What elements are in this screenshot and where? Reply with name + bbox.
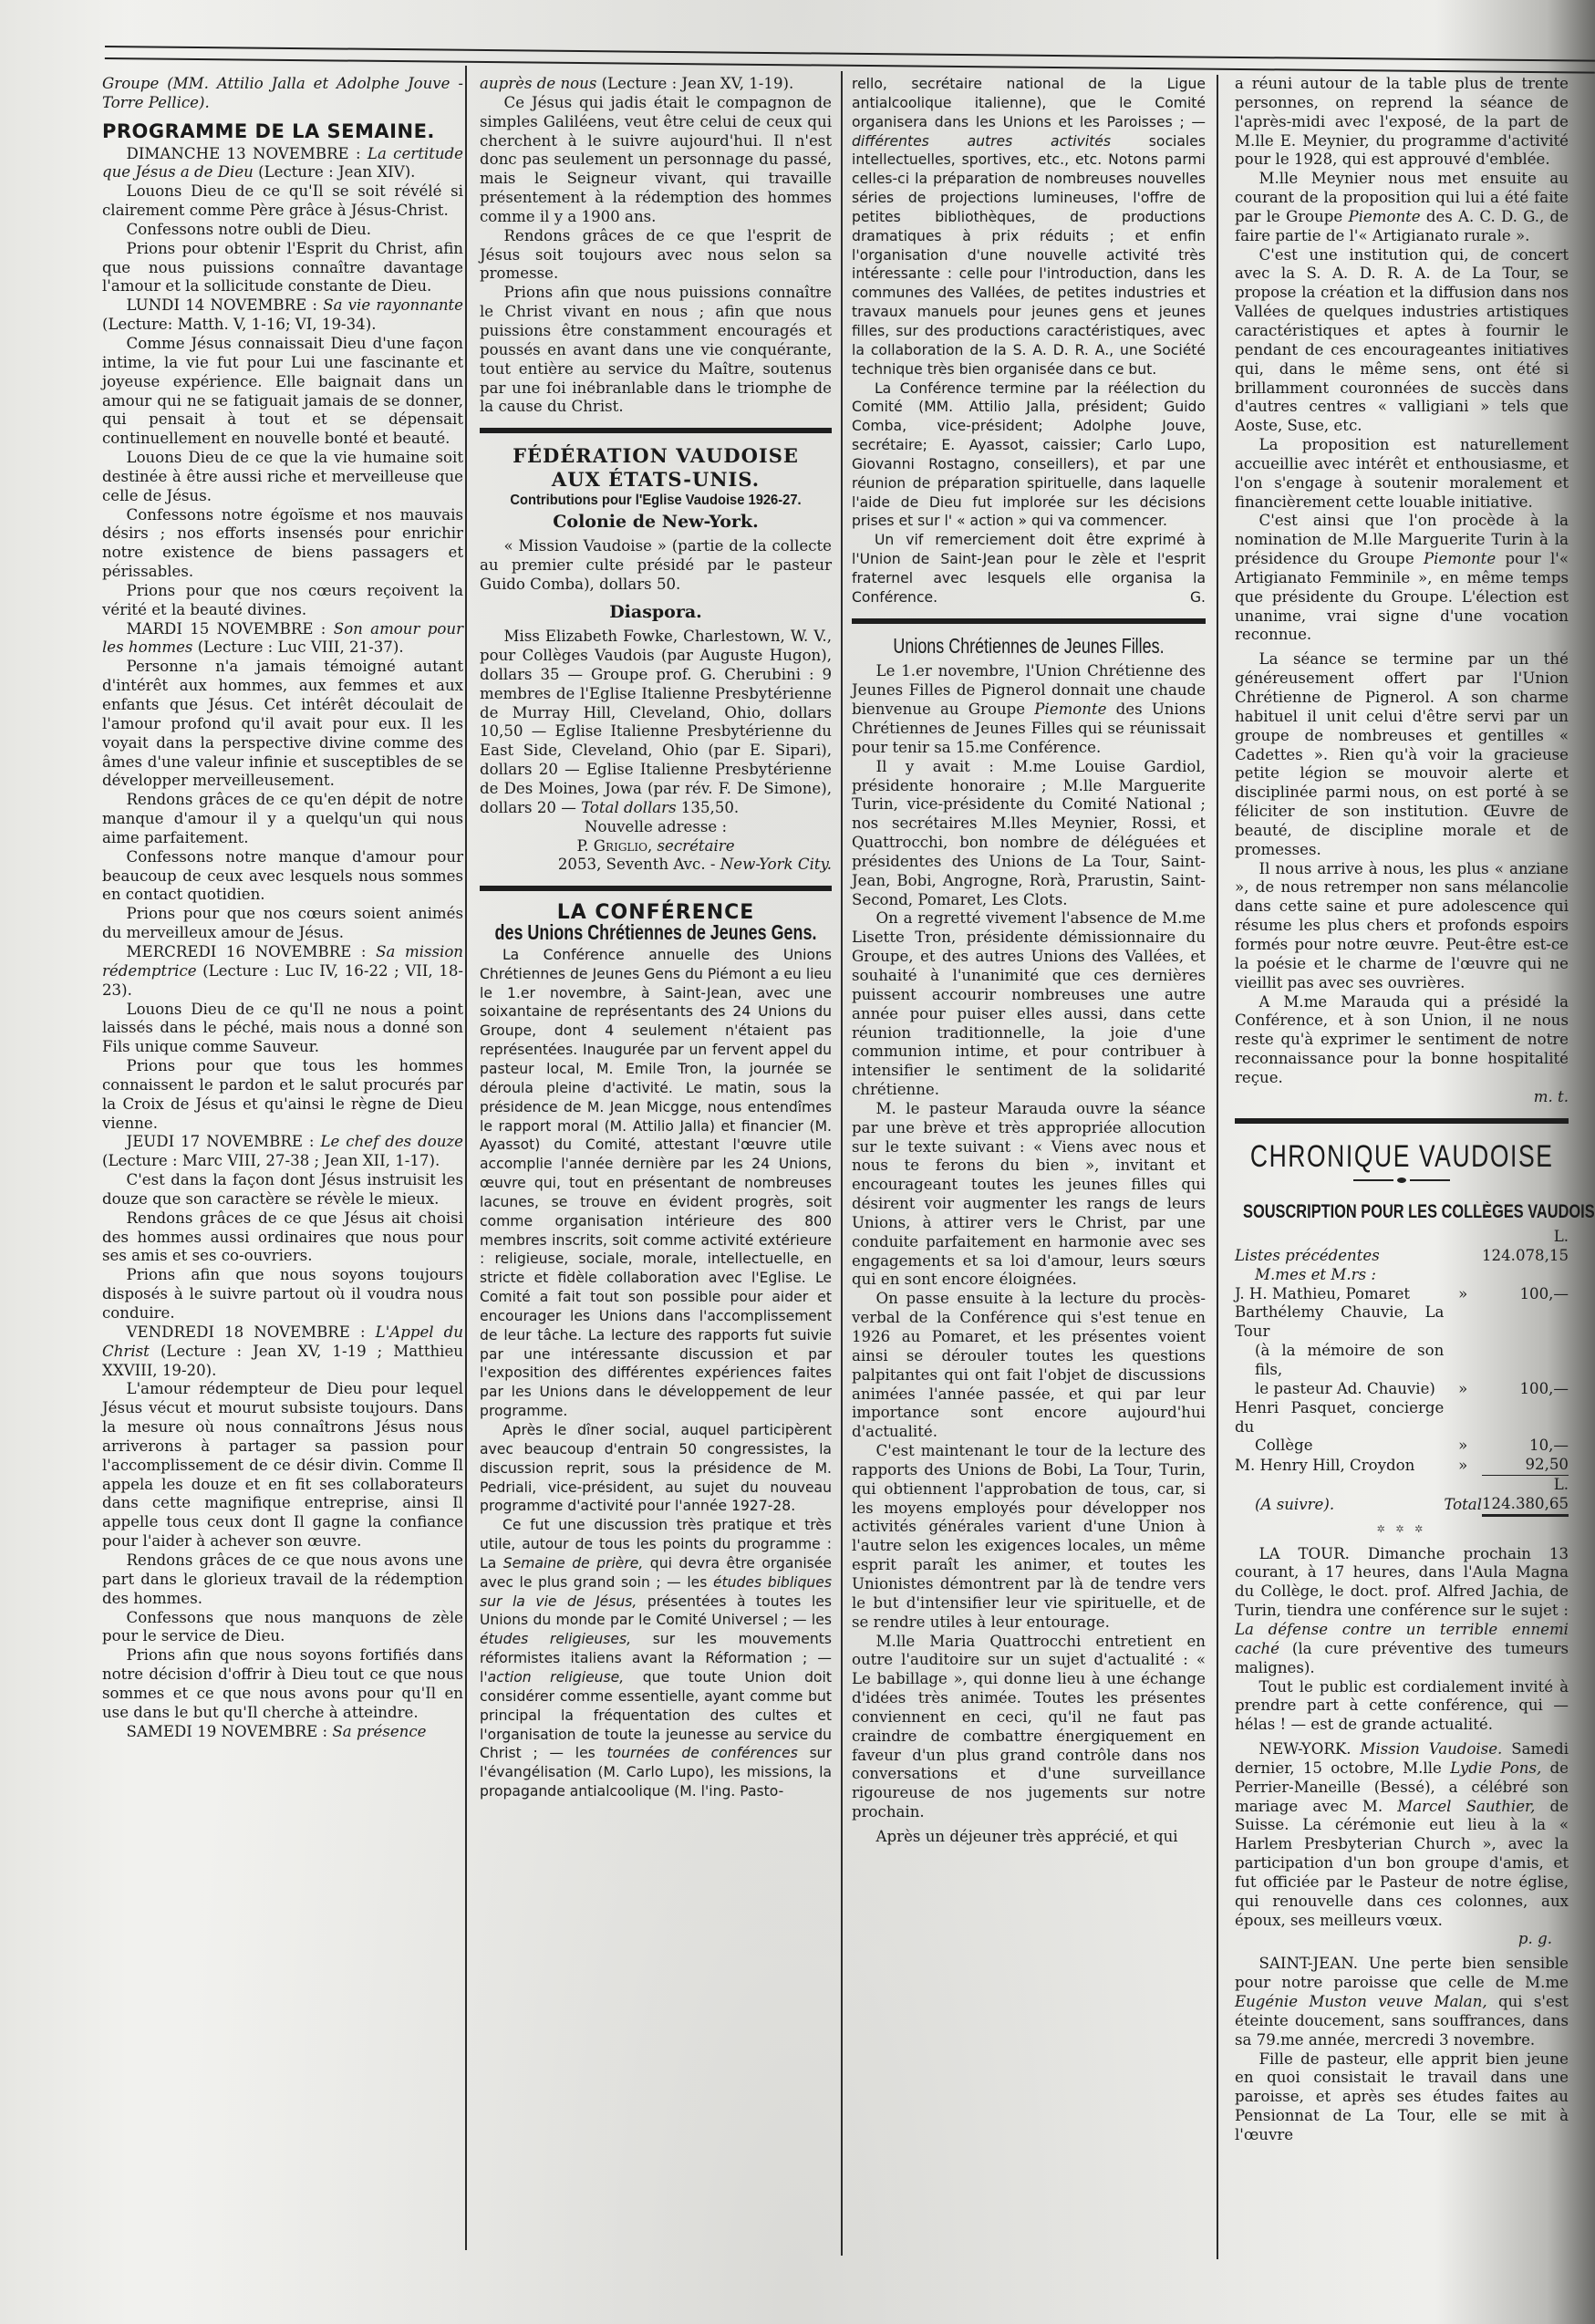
- day-heading: SAMEDI 19 NOVEMBRE : Sa présence: [102, 1723, 463, 1742]
- column-1: Groupe (MM. Attilio Jalla et Adolphe Jou…: [102, 75, 463, 1741]
- paragraph: Fille de pasteur, elle apprit bien jeune…: [1235, 2050, 1569, 2145]
- paragraph: Comme Jésus connaissait Dieu d'une façon…: [102, 335, 463, 449]
- paragraph: Confessons notre manque d'amour pour bea…: [102, 848, 463, 906]
- paragraph: Personne n'a jamais témoigné autant d'in…: [102, 658, 463, 791]
- paragraph: Le 1.er novembre, l'Union Chrétienne des…: [852, 662, 1206, 757]
- paragraph: Confessons que nous manquons de zèle pou…: [102, 1609, 463, 1647]
- paragraph: C'est maintenant le tour de la lecture d…: [852, 1442, 1206, 1632]
- paragraph: Après le dîner social, auquel participèr…: [480, 1421, 832, 1516]
- federation-subtitle: Contributions pour l'Eglise Vaudoise 192…: [493, 492, 817, 511]
- paragraph: Prions afin que nous puissions connaître…: [480, 284, 832, 417]
- souscription-table: Listes précédentesL. 124.078,15 M.mes et…: [1235, 1228, 1569, 1517]
- paragraph: Louons Dieu de ce qu'Il se soit révélé s…: [102, 182, 463, 221]
- paragraph: M. le pasteur Marauda ouvre la séance pa…: [852, 1100, 1206, 1290]
- column-2: auprès de nous (Lecture : Jean XV, 1-19)…: [480, 75, 832, 1801]
- table-row: J. H. Mathieu, Pomaret»100,—: [1235, 1285, 1569, 1304]
- paragraph: Il nous arrive à nous, les plus « anzian…: [1235, 860, 1569, 993]
- day-heading-continued: auprès de nous (Lecture : Jean XV, 1-19)…: [480, 75, 832, 94]
- star-separator: ✲ ✲ ✲: [1235, 1520, 1569, 1540]
- paragraph: Prions pour que tous les hommes connaiss…: [102, 1057, 463, 1133]
- signature: p. g.: [1235, 1930, 1569, 1949]
- section-title-colonie: Colonie de New-York.: [480, 513, 832, 532]
- paragraph: Rendons grâces de ce que Jésus ait chois…: [102, 1209, 463, 1267]
- column-4: a réuni autour de la table plus de trent…: [1235, 75, 1569, 2145]
- paragraph: La Conférence termine par la réélection …: [852, 379, 1206, 532]
- address-name: P. Griglio, secrétaire: [480, 837, 832, 856]
- paragraph: C'est dans la façon dont Jésus instruisi…: [102, 1171, 463, 1209]
- paragraph: La séance se termine par un thé généreus…: [1235, 650, 1569, 859]
- paragraph: Prions afin que nous soyons fortifiés da…: [102, 1646, 463, 1722]
- paragraph: Ce fut une discussion très pratique et t…: [480, 1516, 832, 1801]
- address-label: Nouvelle adresse :: [480, 818, 832, 837]
- paragraph: On passe ensuite à la lecture du procès-…: [852, 1290, 1206, 1442]
- address-street: 2053, Seventh Avc. - New-York City.: [480, 856, 832, 875]
- programme-title: PROGRAMME DE LA SEMAINE.: [102, 122, 463, 141]
- ornament-divider: [1235, 1171, 1569, 1190]
- column-divider-1: [465, 66, 467, 2250]
- chronique-title: CHRONIQUE VAUDOISE: [1250, 1147, 1553, 1167]
- ucjf-title: Unions Chrétiennes de Jeunes Filles.: [862, 637, 1195, 656]
- signature: G.: [1167, 588, 1206, 607]
- day-heading: LUNDI 14 NOVEMBRE : Sa vie rayonnante (L…: [102, 296, 463, 335]
- paragraph: « Mission Vaudoise » (partie de la colle…: [480, 537, 832, 595]
- paragraph: Confessons notre égoïsme et nos mauvais …: [102, 506, 463, 582]
- paragraph: Confessons notre oubli de Dieu.: [102, 221, 463, 240]
- day-heading: JEUDI 17 NOVEMBRE : Le chef des douze (L…: [102, 1133, 463, 1171]
- paragraph: M.lle Maria Quattrocchi entretient en ou…: [852, 1633, 1206, 1822]
- paragraph-new-york: NEW-YORK. Mission Vaudoise. Samedi derni…: [1235, 1740, 1569, 1930]
- paragraph: On a regretté vivement l'absence de M.me…: [852, 909, 1206, 1099]
- conference-subtitle: des Unions Chrétiennes de Jeunes Gens.: [490, 923, 821, 942]
- paragraph: Prions afin que nous soyons toujours dis…: [102, 1266, 463, 1323]
- paragraph: Prions pour que nos cœurs soient animés …: [102, 905, 463, 943]
- federation-title-line1: FÉDÉRATION VAUDOISE: [480, 444, 832, 468]
- table-row: Collège»10,—: [1235, 1437, 1569, 1456]
- paragraph: rello, secrétaire national de la Ligue a…: [852, 75, 1206, 379]
- section-title-diaspora: Diaspora.: [480, 603, 832, 622]
- paragraph: M.lle Meynier nous met ensuite au couran…: [1235, 170, 1569, 245]
- day-heading: VENDREDI 18 NOVEMBRE : L'Appel du Christ…: [102, 1323, 463, 1381]
- paragraph: A M.me Marauda qui a présidé la Conféren…: [1235, 993, 1569, 1088]
- section-rule: [480, 886, 832, 891]
- paragraph: Louons Dieu de ce qu'Il ne nous a point …: [102, 1001, 463, 1058]
- paragraph: Ce Jésus qui jadis était le compagnon de…: [480, 94, 832, 227]
- paragraph: L'amour rédempteur de Dieu pour lequel J…: [102, 1380, 463, 1551]
- table-row: Henri Pasquet, concierge du: [1235, 1399, 1569, 1437]
- paragraph: Il y avait : M.me Louise Gardiol, présid…: [852, 758, 1206, 910]
- table-row: M.mes et M.rs :: [1235, 1266, 1569, 1285]
- column-divider-3: [1217, 75, 1218, 2259]
- day-heading: MERCREDI 16 NOVEMBRE : Sa mission rédemp…: [102, 943, 463, 1001]
- paragraph: Rendons grâces de ce qu'en dépit de notr…: [102, 791, 463, 848]
- paragraph: Prions pour que nos cœurs reçoivent la v…: [102, 582, 463, 620]
- total-row: (A suivre).TotalL. 124.380,65: [1235, 1476, 1569, 1516]
- paragraph: C'est une institution qui, de concert av…: [1235, 246, 1569, 436]
- intro-line: Groupe (MM. Attilio Jalla et Adolphe Jou…: [102, 75, 463, 113]
- souscription-title: SOUSCRIPTION POUR LES COLLÈGES VAUDOIS.: [1243, 1203, 1560, 1222]
- column-divider-2: [841, 71, 843, 2256]
- section-rule: [1235, 1118, 1569, 1124]
- section-rule: [852, 618, 1206, 624]
- paragraph: Un vif remerciement doit être exprimé à …: [852, 531, 1206, 607]
- paragraph: Louons Dieu de ce que la vie humaine soi…: [102, 449, 463, 506]
- federation-title-line2: AUX ÉTATS-UNIS.: [480, 468, 832, 492]
- table-row: Barthélemy Chauvie, La Tour: [1235, 1303, 1569, 1342]
- table-row: Listes précédentesL. 124.078,15: [1235, 1228, 1569, 1266]
- paragraph: Rendons grâces de ce que l'esprit de Jés…: [480, 227, 832, 285]
- paragraph-saint-jean: SAINT-JEAN. Une perte bien sensible pour…: [1235, 1955, 1569, 2049]
- day-heading: MARDI 15 NOVEMBRE : Son amour pour les h…: [102, 620, 463, 659]
- paragraph: Tout le public est cordialement invité à…: [1235, 1678, 1569, 1736]
- table-row: le pasteur Ad. Chauvie)»100,—: [1235, 1380, 1569, 1399]
- paragraph: Après un déjeuner très apprécié, et qui: [852, 1828, 1206, 1847]
- table-row: M. Henry Hill, Croydon»92,50: [1235, 1456, 1569, 1475]
- paragraph: C'est ainsi que l'on procède à la nomina…: [1235, 512, 1569, 645]
- paragraph: La proposition est naturellement accueil…: [1235, 436, 1569, 512]
- paragraph: a réuni autour de la table plus de trent…: [1235, 75, 1569, 170]
- section-rule: [480, 428, 832, 433]
- paragraph: Rendons grâces de ce que nous avons une …: [102, 1551, 463, 1609]
- paragraph: Prions pour obtenir l'Esprit du Christ, …: [102, 240, 463, 297]
- table-row: (à la mémoire de son fils,: [1235, 1342, 1569, 1380]
- signature: m. t.: [1235, 1088, 1569, 1107]
- column-3: rello, secrétaire national de la Ligue a…: [852, 75, 1206, 1847]
- paragraph: La Conférence annuelle des Unions Chréti…: [480, 946, 832, 1421]
- paragraph: Miss Elizabeth Fowke, Charlestown, W. V.…: [480, 628, 832, 817]
- paragraph-la-tour: LA TOUR. Dimanche prochain 13 courant, à…: [1235, 1545, 1569, 1678]
- day-heading: DIMANCHE 13 NOVEMBRE : La certitude que …: [102, 145, 463, 183]
